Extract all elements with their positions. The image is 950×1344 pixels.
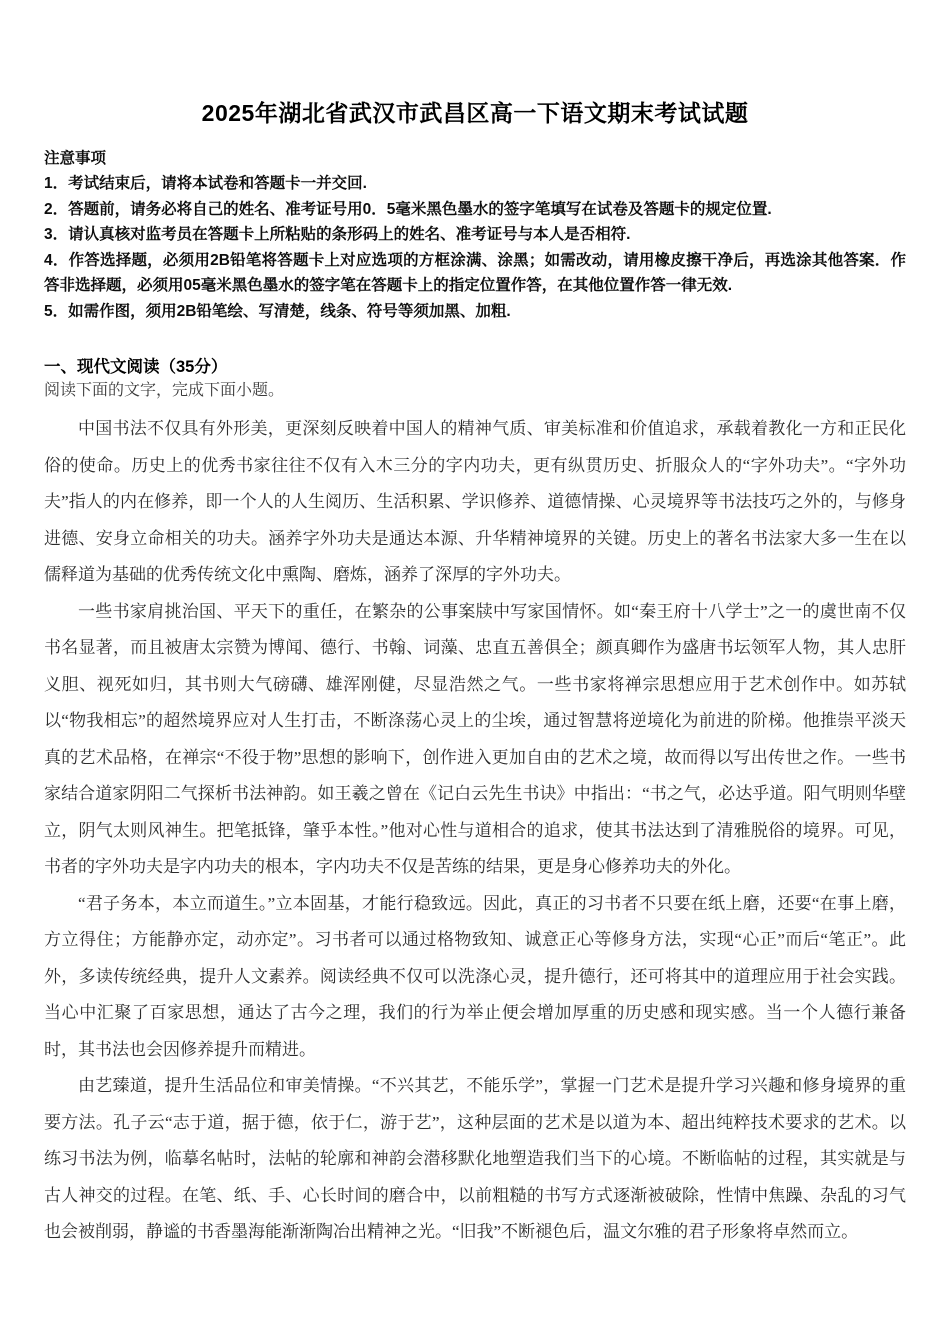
exam-document-page: 2025年湖北省武汉市武昌区高一下语文期末考试试题 注意事项 1．考试结束后，请… — [0, 0, 950, 1344]
notice-item-4: 4．作答选择题，必须用2B铅笔将答题卡上对应选项的方框涂满、涂黑；如需改动，请用… — [44, 248, 906, 299]
passage-paragraph-3: “君子务本，本立而道生。”立本固基，才能行稳致远。因此，真正的习书者不只要在纸上… — [44, 886, 906, 1069]
reading-instruction: 阅读下面的文字，完成下面小题。 — [44, 379, 906, 403]
passage-paragraph-2: 一些书家肩挑治国、平天下的重任，在繁杂的公事案牍中写家国情怀。如“秦王府十八学士… — [44, 594, 906, 886]
notice-heading: 注意事项 — [44, 146, 906, 171]
reading-passage: 中国书法不仅具有外形美，更深刻反映着中国人的精神气质、审美标准和价值追求，承载着… — [44, 411, 906, 1251]
notice-item-5: 5．如需作图，须用2B铅笔绘、写清楚，线条、符号等须加黑、加粗. — [44, 299, 906, 325]
section-heading: 一、现代文阅读（35分） — [44, 355, 906, 379]
notice-item-2: 2．答题前，请务必将自己的姓名、准考证号用0．5毫米黑色墨水的签字笔填写在试卷及… — [44, 197, 906, 223]
notice-section: 注意事项 1．考试结束后，请将本试卷和答题卡一并交回. 2．答题前，请务必将自己… — [44, 146, 906, 324]
passage-paragraph-1: 中国书法不仅具有外形美，更深刻反映着中国人的精神气质、审美标准和价值追求，承载着… — [44, 411, 906, 594]
section-modern-text-reading: 一、现代文阅读（35分） 阅读下面的文字，完成下面小题。 中国书法不仅具有外形美… — [44, 355, 906, 1251]
passage-paragraph-4: 由艺臻道，提升生活品位和审美情操。“不兴其艺，不能乐学”，掌握一门艺术是提升学习… — [44, 1068, 906, 1251]
notice-item-3: 3．请认真核对监考员在答题卡上所粘贴的条形码上的姓名、准考证号与本人是否相符. — [44, 222, 906, 248]
notice-item-1: 1．考试结束后，请将本试卷和答题卡一并交回. — [44, 171, 906, 197]
page-title: 2025年湖北省武汉市武昌区高一下语文期末考试试题 — [44, 98, 906, 128]
